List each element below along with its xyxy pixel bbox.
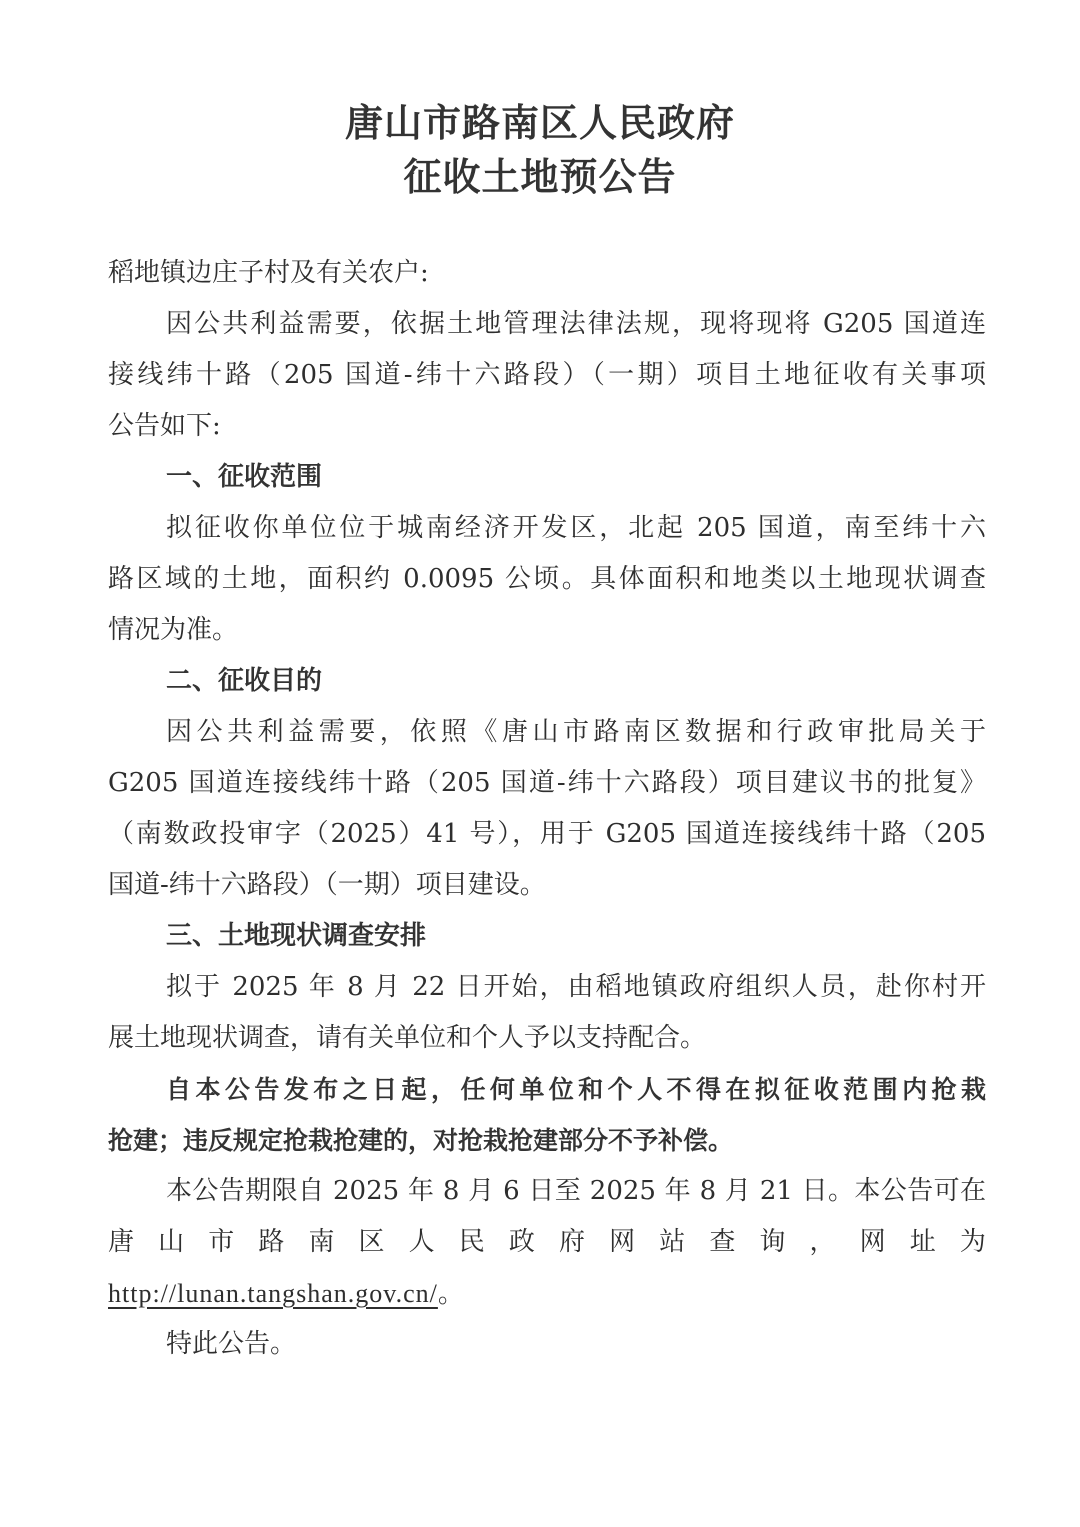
char: 政 bbox=[509, 1217, 535, 1268]
char: 为 bbox=[960, 1217, 986, 1268]
section-line: （南数政投审字（2025）41 号），用于 G205 国道连接线纬十路（205 bbox=[108, 809, 986, 860]
char: 址 bbox=[910, 1217, 936, 1268]
char: 网 bbox=[609, 1217, 635, 1268]
char: 站 bbox=[659, 1217, 685, 1268]
char: 南 bbox=[308, 1217, 334, 1268]
salutation: 稻地镇边庄子村及有关农户: bbox=[108, 248, 986, 299]
section-purpose: 二、征收目的 因公共利益需要，依照《唐山市路南区数据和行政审批局关于 G205 … bbox=[108, 656, 986, 911]
char: 查 bbox=[709, 1217, 735, 1268]
intro-line: 公告如下: bbox=[108, 401, 986, 452]
section-scope: 一、征收范围 拟征收你单位位于城南经济开发区，北起 205 国道，南至纬十六 路… bbox=[108, 452, 986, 656]
char: ， bbox=[810, 1217, 836, 1268]
section-line: G205 国道连接线纬十路（205 国道-纬十六路段）项目建议书的批复》 bbox=[108, 758, 986, 809]
section-line: 国道-纬十六路段）（一期）项目建设。 bbox=[108, 860, 986, 911]
period-line: 本公告期限自 2025 年 8 月 6 日至 2025 年 8 月 21 日。本… bbox=[108, 1166, 986, 1217]
char: 山 bbox=[158, 1217, 184, 1268]
warning-paragraph: 自本公告发布之日起，任何单位和个人不得在拟征收范围内抢栽 抢建；违反规定抢栽抢建… bbox=[108, 1064, 986, 1166]
char: 询 bbox=[759, 1217, 785, 1268]
char: 唐 bbox=[108, 1217, 134, 1268]
char: 路 bbox=[258, 1217, 284, 1268]
period-line-spread: 唐 山 市 路 南 区 人 民 政 府 网 站 查 询 ， 网 址 为 bbox=[108, 1217, 986, 1268]
char: 府 bbox=[559, 1217, 585, 1268]
warning-line: 自本公告发布之日起，任何单位和个人不得在拟征收范围内抢栽 bbox=[108, 1064, 986, 1115]
intro-paragraph: 因公共利益需要，依据土地管理法律法规，现将现将 G205 国道连 接线纬十路（2… bbox=[108, 299, 986, 452]
url-line: http://lunan.tangshan.gov.cn/。 bbox=[108, 1268, 986, 1319]
document-title-issuer: 唐山市路南区人民政府 bbox=[0, 104, 1080, 142]
char: 民 bbox=[459, 1217, 485, 1268]
section-line: 因公共利益需要，依照《唐山市路南区数据和行政审批局关于 bbox=[108, 707, 986, 758]
char: 网 bbox=[860, 1217, 886, 1268]
section-line: 拟于 2025 年 8 月 22 日开始，由稻地镇政府组织人员，赴你村开 bbox=[108, 962, 986, 1013]
section-line: 情况为准。 bbox=[108, 605, 986, 656]
website-link[interactable]: http://lunan.tangshan.gov.cn/ bbox=[108, 1279, 438, 1308]
char: 人 bbox=[409, 1217, 435, 1268]
intro-line: 接线纬十路（205 国道-纬十六路段）（一期）项目土地征收有关事项 bbox=[108, 350, 986, 401]
section-survey: 三、土地现状调查安排 拟于 2025 年 8 月 22 日开始，由稻地镇政府组织… bbox=[108, 911, 986, 1064]
url-suffix: 。 bbox=[438, 1279, 464, 1309]
section-heading: 一、征收范围 bbox=[108, 452, 986, 503]
document-page: 唐山市路南区人民政府 征收土地预公告 稻地镇边庄子村及有关农户: 因公共利益需要… bbox=[0, 0, 1080, 1527]
section-line: 路区域的土地，面积约 0.0095 公顷。具体面积和地类以土地现状调查 bbox=[108, 554, 986, 605]
document-title-subject: 征收土地预公告 bbox=[0, 158, 1080, 196]
section-line: 拟征收你单位位于城南经济开发区，北起 205 国道，南至纬十六 bbox=[108, 503, 986, 554]
intro-line: 因公共利益需要，依据土地管理法律法规，现将现将 G205 国道连 bbox=[108, 299, 986, 350]
warning-line: 抢建；违反规定抢栽抢建的，对抢栽抢建部分不予补偿。 bbox=[108, 1115, 986, 1166]
section-line: 展土地现状调查，请有关单位和个人予以支持配合。 bbox=[108, 1013, 986, 1064]
char: 市 bbox=[208, 1217, 234, 1268]
period-paragraph: 本公告期限自 2025 年 8 月 6 日至 2025 年 8 月 21 日。本… bbox=[108, 1166, 986, 1319]
closing-text: 特此公告。 bbox=[108, 1319, 986, 1370]
document-body: 稻地镇边庄子村及有关农户: 因公共利益需要，依据土地管理法律法规，现将现将 G2… bbox=[108, 248, 986, 1370]
section-heading: 二、征收目的 bbox=[108, 656, 986, 707]
char: 区 bbox=[359, 1217, 385, 1268]
section-heading: 三、土地现状调查安排 bbox=[108, 911, 986, 962]
